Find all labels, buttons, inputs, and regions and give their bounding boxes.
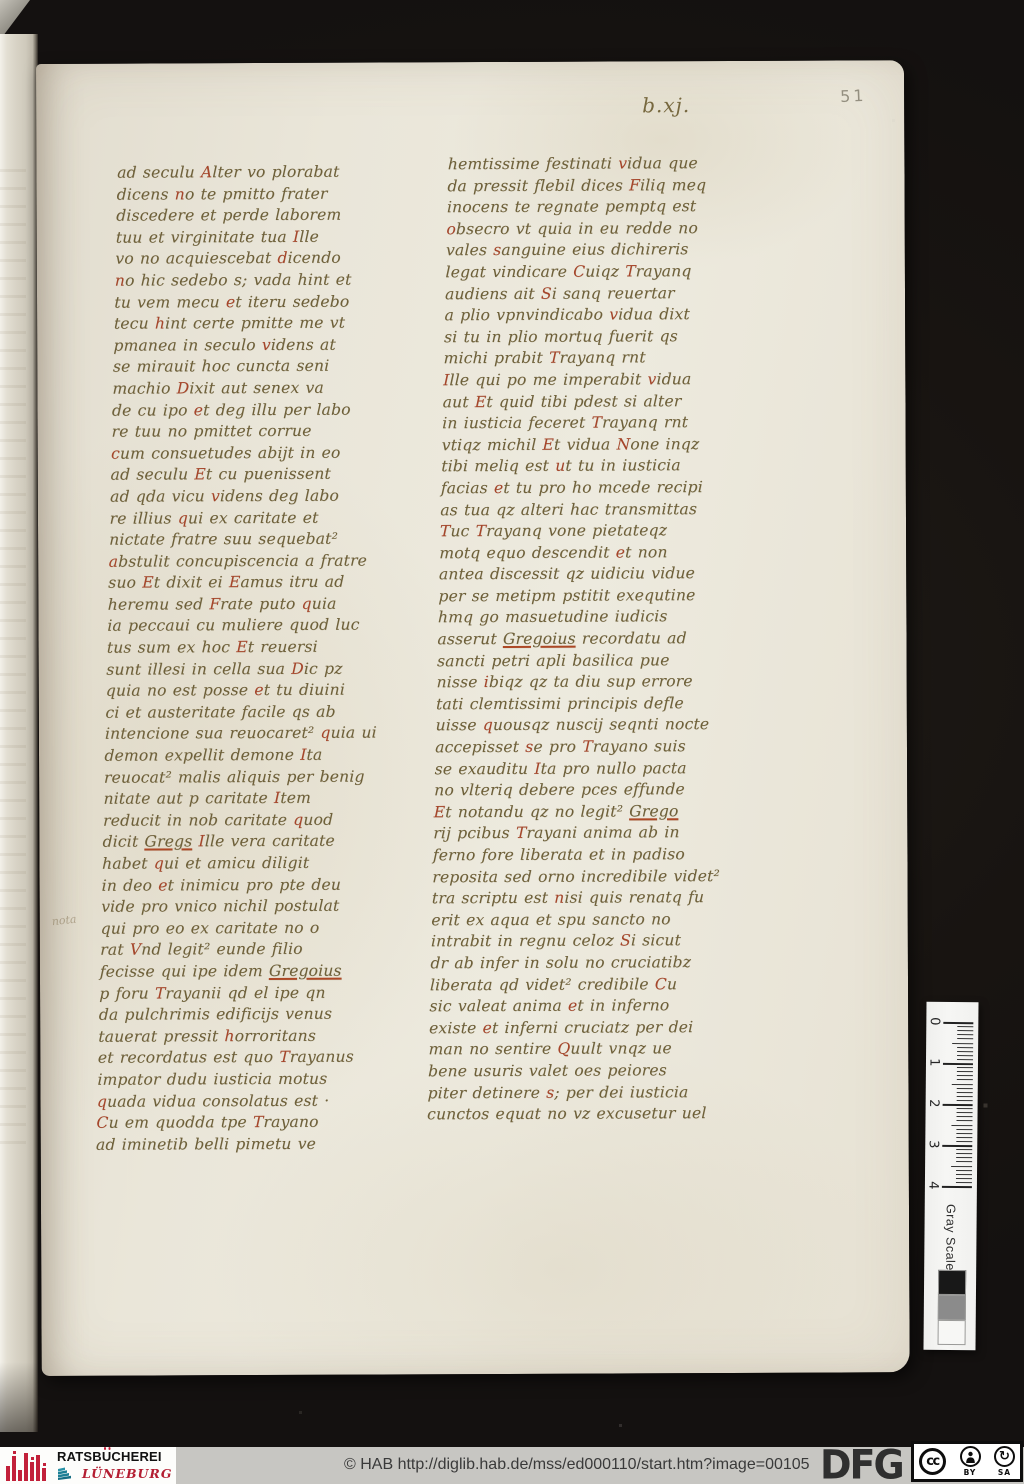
text-column-left: ad seculu Alter vo plorabatdicens no te … (96, 161, 423, 1156)
manuscript-line: heremu sed Frate puto quia (108, 593, 413, 616)
manuscript-line: demon expellit demone Ita (104, 744, 409, 767)
quire-signature: b.xj. (642, 93, 690, 117)
manuscript-line: discedere et perde laborem (116, 205, 421, 228)
ruler-tick (957, 1075, 973, 1076)
manuscript-line: michi prabit Trayanq rnt (443, 347, 748, 370)
ruler-tick (957, 1059, 973, 1060)
ruler-tick (956, 1178, 972, 1179)
ruler-tick (957, 1034, 973, 1035)
manuscript-line: hemtissime festinati vidua que (448, 153, 753, 176)
manuscript-line: no vlteriq debere pces effunde (434, 779, 739, 802)
umlaut-red-dots (104, 1447, 107, 1450)
manuscript-line: Et notandu qz no legit² Grego (434, 801, 739, 824)
grayscale-patches (938, 1270, 967, 1345)
library-city: LÜNEBURG (82, 1466, 173, 1481)
ruler-tick (942, 1145, 972, 1147)
manuscript-line: fecisse qui ipe idem Gregoius (100, 960, 405, 983)
ruler-tick (957, 1112, 973, 1113)
manuscript-line: inocens te regnate pemptq est (447, 196, 752, 219)
ruler-tick (957, 1116, 973, 1117)
manuscript-line: audiens ait Si sanq reuertar (445, 282, 750, 305)
manuscript-line: asserut Gregoius recordatu ad (437, 628, 742, 651)
manuscript-line: da pressit flebil dices Filiq meq (447, 174, 752, 197)
ruler-tick (951, 1125, 972, 1126)
ruler-tick (956, 1170, 972, 1171)
grayscale-patch (938, 1270, 966, 1295)
manuscript-line: in iusticia feceret Trayanq rnt (442, 412, 747, 435)
manuscript-line: nisse ibiqz qz ta diu sup errore (436, 671, 741, 694)
manuscript-line: p foru Trayanii qd el ipe qn (99, 982, 404, 1005)
ruler-tick (956, 1182, 972, 1183)
ruler-tick (942, 1186, 972, 1188)
ruler-tick (957, 1108, 973, 1109)
ruler-tick (943, 1022, 973, 1024)
cc-by-label: BY (964, 1468, 977, 1477)
manuscript-line: ad seculu Et cu puenissent (110, 464, 415, 487)
ruler-tick (957, 1047, 973, 1048)
manuscript-line: tra scriptu est nisi quis renatq fu (432, 887, 737, 910)
waves-icon (57, 1467, 79, 1480)
manuscript-line: rij pcibus Trayani anima ab in (433, 822, 738, 845)
manuscript-line: vales sanguine eius dichireris (446, 239, 751, 262)
manuscript-line: a plio vpnvindicabo vidua dixt (444, 304, 749, 327)
manuscript-line: quada vidua consolatus est · (97, 1090, 402, 1113)
manuscript-line: piter detinere s; per dei iusticia (427, 1082, 732, 1105)
manuscript-line: motq equo descendit et non (439, 542, 744, 565)
grayscale-patch (938, 1320, 966, 1345)
manuscript-line: ad seculu Alter vo plorabat (117, 161, 422, 184)
manuscript-line: hmq go masuetudine iudicis (438, 606, 743, 629)
ruler-tick (957, 1092, 973, 1093)
manuscript-line: cunctos equat no vz excusetur uel (427, 1103, 732, 1126)
folio-number: 51 (840, 86, 867, 106)
manuscript-line: existe et inferni cruciatz per dei (429, 1017, 734, 1040)
ruler-tick (957, 1067, 973, 1068)
manuscript-line: legat vindicare Cuiqz Trayanq (445, 261, 750, 284)
manuscript-line: re tuu no pmittet corrue (111, 420, 416, 443)
ruler-tick (956, 1129, 972, 1130)
manuscript-line: tus sum ex hoc Et reuersi (107, 636, 412, 659)
footer-bar: RATSBUCHEREI LÜNEBURG © HAB http://digli… (0, 1447, 1024, 1484)
ruler-tick (956, 1161, 972, 1162)
ruler-tick (957, 1038, 973, 1039)
copyright-url-text: © HAB http://diglib.hab.de/mss/ed000110/… (344, 1456, 810, 1474)
cc-sa-label: SA (998, 1468, 1011, 1477)
manuscript-line: tibi meliq est ut tu in iusticia (441, 455, 746, 478)
manuscript-line: accepisset se pro Trayano suis (435, 736, 740, 759)
grayscale-ruler: 01234 Gray Scale (923, 1002, 978, 1350)
manuscript-line: se mirauit hoc cuncta seni (113, 356, 418, 379)
ruler-tick (957, 1055, 973, 1056)
ruler-tick (957, 1030, 973, 1031)
cc-by-person-icon (960, 1446, 981, 1467)
manuscript-line: ferno fore liberata et in padiso (433, 844, 738, 867)
manuscript-line: reuocat² malis aliquis per benig (104, 766, 409, 789)
ruler-tick (957, 1079, 973, 1080)
manuscript-line: facias et tu pro ho mcede recipi (441, 477, 746, 500)
manuscript-line: antea discessit qz uidiciu vidue (439, 563, 744, 586)
manuscript-line: nitate aut p caritate Item (103, 788, 408, 811)
ruler-tick (957, 1026, 973, 1027)
manuscript-line: cum consuetudes abijt in eo (111, 442, 416, 465)
cc-icon: cc (919, 1448, 946, 1475)
manuscript-line: tecu hint certe pmitte me vt (114, 312, 419, 335)
manuscript-line: sancti petri apli basilica pue (437, 650, 742, 673)
manuscript-line: dicit Gregs Ille vera caritate (102, 831, 407, 854)
manuscript-line: si tu in plio mortuq fuerit qs (444, 326, 749, 349)
ruler-tick (957, 1088, 973, 1089)
manuscript-line: suo Et dixit ei Eamus itru ad (108, 572, 413, 595)
manuscript-line: qui pro eo ex caritate no o (100, 917, 405, 940)
manuscript-line: re illius qui ex caritate et (109, 507, 414, 530)
ruler-tick (956, 1120, 972, 1121)
grayscale-patch (938, 1295, 966, 1320)
ruler-tick (957, 1096, 973, 1097)
facing-page-edges (0, 34, 38, 1432)
dust-specks (0, 0, 1, 1)
manuscript-line: no hic sedebo s; vada hint et (115, 269, 420, 292)
manuscript-line: reducit in nob caritate quod (103, 809, 408, 832)
manuscript-line: tati clemtissimi principis defle (436, 693, 741, 716)
ruler-tick (956, 1149, 972, 1150)
manuscript-line: sunt illesi in cella sua Dic pz (106, 658, 411, 681)
ruler-tick (956, 1133, 972, 1134)
ruler-tick (956, 1174, 972, 1175)
manuscript-line: Ille qui po me imperabit vidua (443, 369, 748, 392)
manuscript-line: se exauditu Ita pro nullo pacta (434, 758, 739, 781)
manuscript-line: in deo et inimicu pro pte deu (101, 874, 406, 897)
cc-license-badge: cc BY ↻ SA (911, 1441, 1023, 1482)
manuscript-line: da pulchrimis edificijs venus (99, 1004, 404, 1027)
ruler-number: 1 (926, 1054, 941, 1070)
ruler-tick (957, 1051, 973, 1052)
manuscript-line: sic valeat anima et in inferno (429, 995, 734, 1018)
ruler-tick (956, 1141, 972, 1142)
ruler-tick (956, 1137, 972, 1138)
manuscript-line: vide pro vnico nichil postulat (101, 896, 406, 919)
manuscript-line: dicens no te pmitto frater (116, 183, 421, 206)
ruler-number: 3 (926, 1136, 941, 1152)
margin-annotation: nota (51, 913, 77, 929)
ruler-tick (957, 1071, 973, 1072)
manuscript-line: ci et austeritate facile qs ab (105, 701, 410, 724)
manuscript-line: abstulit concupiscencia a fratre (108, 550, 413, 573)
library-logo-block: RATSBUCHEREI LÜNEBURG (0, 1447, 176, 1484)
manuscript-line: liberata qd videt² credibile Cu (430, 974, 735, 997)
showthrough-text-lines (0, 154, 26, 1144)
ruler-number: 2 (926, 1095, 941, 1111)
manuscript-line: as tua qz alteri hac transmittas (440, 498, 745, 521)
ruler-tick (943, 1104, 973, 1106)
manuscript-line: ad qda vicu videns deg labo (110, 485, 415, 508)
manuscript-line: quia no est posse et tu diuini (106, 680, 411, 703)
manuscript-line: tauerat pressit horroritans (98, 1025, 403, 1048)
manuscript-line: pmanea in seculo videns at (113, 334, 418, 357)
manuscript-line: obsecro vt quia in eu redde no (446, 218, 751, 241)
strip-shadow (0, 1362, 38, 1432)
ruler-tick (952, 1084, 973, 1085)
manuscript-line: et recordatus est quo Trayanus (98, 1047, 403, 1070)
manuscript-line: aut Et quid tibi pdest si alter (442, 390, 747, 413)
library-name: RATSBUCHEREI (57, 1450, 173, 1464)
ruler-tick (951, 1166, 972, 1167)
dfg-logo: DFG (820, 1442, 903, 1484)
ruler-tick (943, 1063, 973, 1065)
manuscript-line: erit ex aqua et spu sancto no (431, 909, 736, 932)
manuscript-line: man no sentire Quult vnqz ue (428, 1038, 733, 1061)
manuscript-line: rat Vnd legit² eunde filio (100, 939, 405, 962)
manuscript-line: Tuc Trayanq vone pietateqz (440, 520, 745, 543)
manuscript-line: vtiqz michil Et vidua None inqz (442, 434, 747, 457)
manuscript-line: bene usuris valet oes peiores (428, 1060, 733, 1083)
ruler-tick (956, 1157, 972, 1158)
library-bars-icon (4, 1450, 52, 1481)
ruler-number: 0 (927, 1013, 942, 1029)
manuscript-line: vo no acquiescebat dicendo (115, 248, 420, 271)
ruler-tick (952, 1043, 973, 1044)
manuscript-line: dr ab infer in solu no cruciatibz (430, 952, 735, 975)
manuscript-line: ia peccaui cu muliere quod luc (107, 615, 412, 638)
manuscript-line: intrabit in regnu celoz Si sicut (431, 930, 736, 953)
manuscript-line: impator dudu iusticia motus (97, 1068, 402, 1091)
ruler-tick (957, 1100, 973, 1101)
text-column-right: hemtissime festinati vidua queda pressit… (427, 153, 753, 1126)
ruler-tick (956, 1153, 972, 1154)
manuscript-line: uisse quousqz nuscij seqnti nocte (435, 714, 740, 737)
manuscript-line: Cu em quodda tpe Trayano (96, 1112, 401, 1135)
manuscript-line: reposita sed orno incredibile videt² (432, 866, 737, 889)
manuscript-page: b.xj. 51 nota ad seculu Alter vo ploraba… (36, 60, 910, 1376)
manuscript-line: tuu et virginitate tua Ille (116, 226, 421, 249)
manuscript-line: machio Dixit aut senex va (112, 377, 417, 400)
manuscript-line: intencione sua reuocaret² quia ui (105, 723, 410, 746)
grayscale-label: Gray Scale (943, 1204, 958, 1271)
manuscript-line: ad iminetib belli pimetu ve (96, 1133, 401, 1156)
manuscript-line: habet qui et amicu diligit (102, 852, 407, 875)
manuscript-line: nictate fratre suu sequebat² (109, 528, 414, 551)
manuscript-line: tu vem mecu et iteru sedebo (114, 291, 419, 314)
manuscript-line: de cu ipo et deg illu per labo (112, 399, 417, 422)
cc-sa-arrow-icon: ↻ (994, 1446, 1015, 1467)
digitized-manuscript-photo: b.xj. 51 nota ad seculu Alter vo ploraba… (0, 0, 1024, 1484)
manuscript-line: per se metipm pstitit exequtine (438, 585, 743, 608)
ruler-number: 4 (925, 1177, 940, 1193)
